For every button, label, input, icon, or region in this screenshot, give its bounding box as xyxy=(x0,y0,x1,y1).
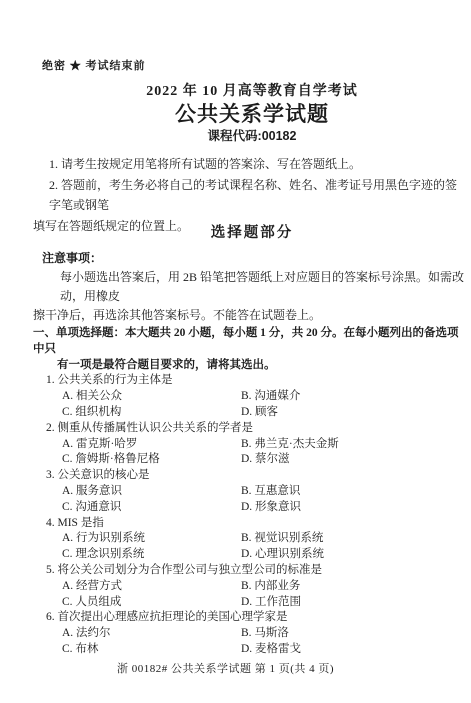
options-row: C. 人员组成 D. 工作范围 xyxy=(33,595,466,611)
options-row: C. 理念识别系统 D. 心理识别系统 xyxy=(33,547,466,563)
option: B. 弗兰克·杰夫金斯 xyxy=(241,437,466,453)
option: A. 相关公众 xyxy=(62,389,241,405)
option: A. 行为识别系统 xyxy=(62,531,241,547)
option: D. 顾客 xyxy=(241,405,466,421)
option: C. 沟通意识 xyxy=(62,500,241,516)
option: C. 人员组成 xyxy=(62,595,241,611)
option: A. 法约尔 xyxy=(62,626,241,642)
notice: 注意事项： 每小题选出答案后，用 2B 铅笔把答题纸上对应题目的答案标号涂黑。如… xyxy=(33,249,466,325)
options-row: C. 组织机构 D. 顾客 xyxy=(33,405,466,421)
options-row: A. 经营方式 B. 内部业务 xyxy=(33,579,466,595)
security-classification: 绝密 ★ 考试结束前 xyxy=(42,57,146,73)
options-row: A. 法约尔 B. 马斯洛 xyxy=(33,626,466,642)
multiple-choice-section: 一、单项选择题：本大题共 20 小题，每小题 1 分，共 20 分。在每小题列出… xyxy=(33,326,466,658)
option: B. 内部业务 xyxy=(241,579,466,595)
option: C. 詹姆斯·格鲁尼格 xyxy=(62,452,241,468)
option: B. 马斯洛 xyxy=(241,626,466,642)
option: D. 形象意识 xyxy=(241,500,466,516)
question-stem: 1. 公共关系的行为主体是 xyxy=(33,373,466,389)
question-stem: 5. 将公关公司划分为合作型公司与独立型公司的标准是 xyxy=(33,563,466,579)
option: A. 服务意识 xyxy=(62,484,241,500)
instruction-line: 1. 请考生按规定用笔将所有试题的答案涂、写在答题纸上。 xyxy=(33,154,466,175)
option: A. 经营方式 xyxy=(62,579,241,595)
part1-heading-cont: 有一项是最符合题目要求的，请将其选出。 xyxy=(33,358,466,374)
section-heading: 选择题部分 xyxy=(33,221,471,242)
notice-line: 每小题选出答案后，用 2B 铅笔把答题纸上对应题目的答案标号涂黑。如需改动，用橡… xyxy=(33,268,466,306)
option: D. 麦格雷戈 xyxy=(241,642,466,658)
options-row: C. 詹姆斯·格鲁尼格 D. 蔡尔滋 xyxy=(33,452,466,468)
question-stem: 2. 侧重从传播属性认识公共关系的学者是 xyxy=(33,421,466,437)
notice-label: 注意事项： xyxy=(33,249,466,268)
exam-session: 2022 年 10 月高等教育自学考试 xyxy=(33,80,471,100)
option: C. 布林 xyxy=(62,642,241,658)
option: C. 理念识别系统 xyxy=(62,547,241,563)
question-stem: 6. 首次提出心理感应抗拒理论的美国心理学家是 xyxy=(33,610,466,626)
options-row: C. 沟通意识 D. 形象意识 xyxy=(33,500,466,516)
notice-line: 擦干净后，再选涂其他答案标号。不能答在试题卷上。 xyxy=(33,306,466,325)
option: B. 互惠意识 xyxy=(241,484,466,500)
option: A. 雷克斯·哈罗 xyxy=(62,437,241,453)
page-title: 公共关系学试题 xyxy=(33,98,471,128)
options-row: A. 雷克斯·哈罗 B. 弗兰克·杰夫金斯 xyxy=(33,437,466,453)
options-row: A. 行为识别系统 B. 视觉识别系统 xyxy=(33,531,466,547)
options-row: A. 服务意识 B. 互惠意识 xyxy=(33,484,466,500)
option: B. 沟通媒介 xyxy=(241,389,466,405)
question-stem: 4. MIS 是指 xyxy=(33,516,466,532)
exam-paper-page: 绝密 ★ 考试结束前 2022 年 10 月高等教育自学考试 公共关系学试题 课… xyxy=(0,0,471,703)
option: D. 蔡尔滋 xyxy=(241,452,466,468)
options-row: A. 相关公众 B. 沟通媒介 xyxy=(33,389,466,405)
option: B. 视觉识别系统 xyxy=(241,531,466,547)
question-stem: 3. 公关意识的核心是 xyxy=(33,468,466,484)
part1-heading: 一、单项选择题：本大题共 20 小题，每小题 1 分，共 20 分。在每小题列出… xyxy=(33,326,466,358)
instruction-line: 2. 答题前，考生务必将自己的考试课程名称、姓名、准考证号用黑色字迹的签字笔或钢… xyxy=(33,175,466,216)
page-footer: 浙 00182# 公共关系学试题 第 1 页(共 4 页) xyxy=(0,660,451,676)
course-code: 课程代码:00182 xyxy=(33,126,471,144)
option: C. 组织机构 xyxy=(62,405,241,421)
option: D. 心理识别系统 xyxy=(241,547,466,563)
options-row: C. 布林 D. 麦格雷戈 xyxy=(33,642,466,658)
option: D. 工作范围 xyxy=(241,595,466,611)
